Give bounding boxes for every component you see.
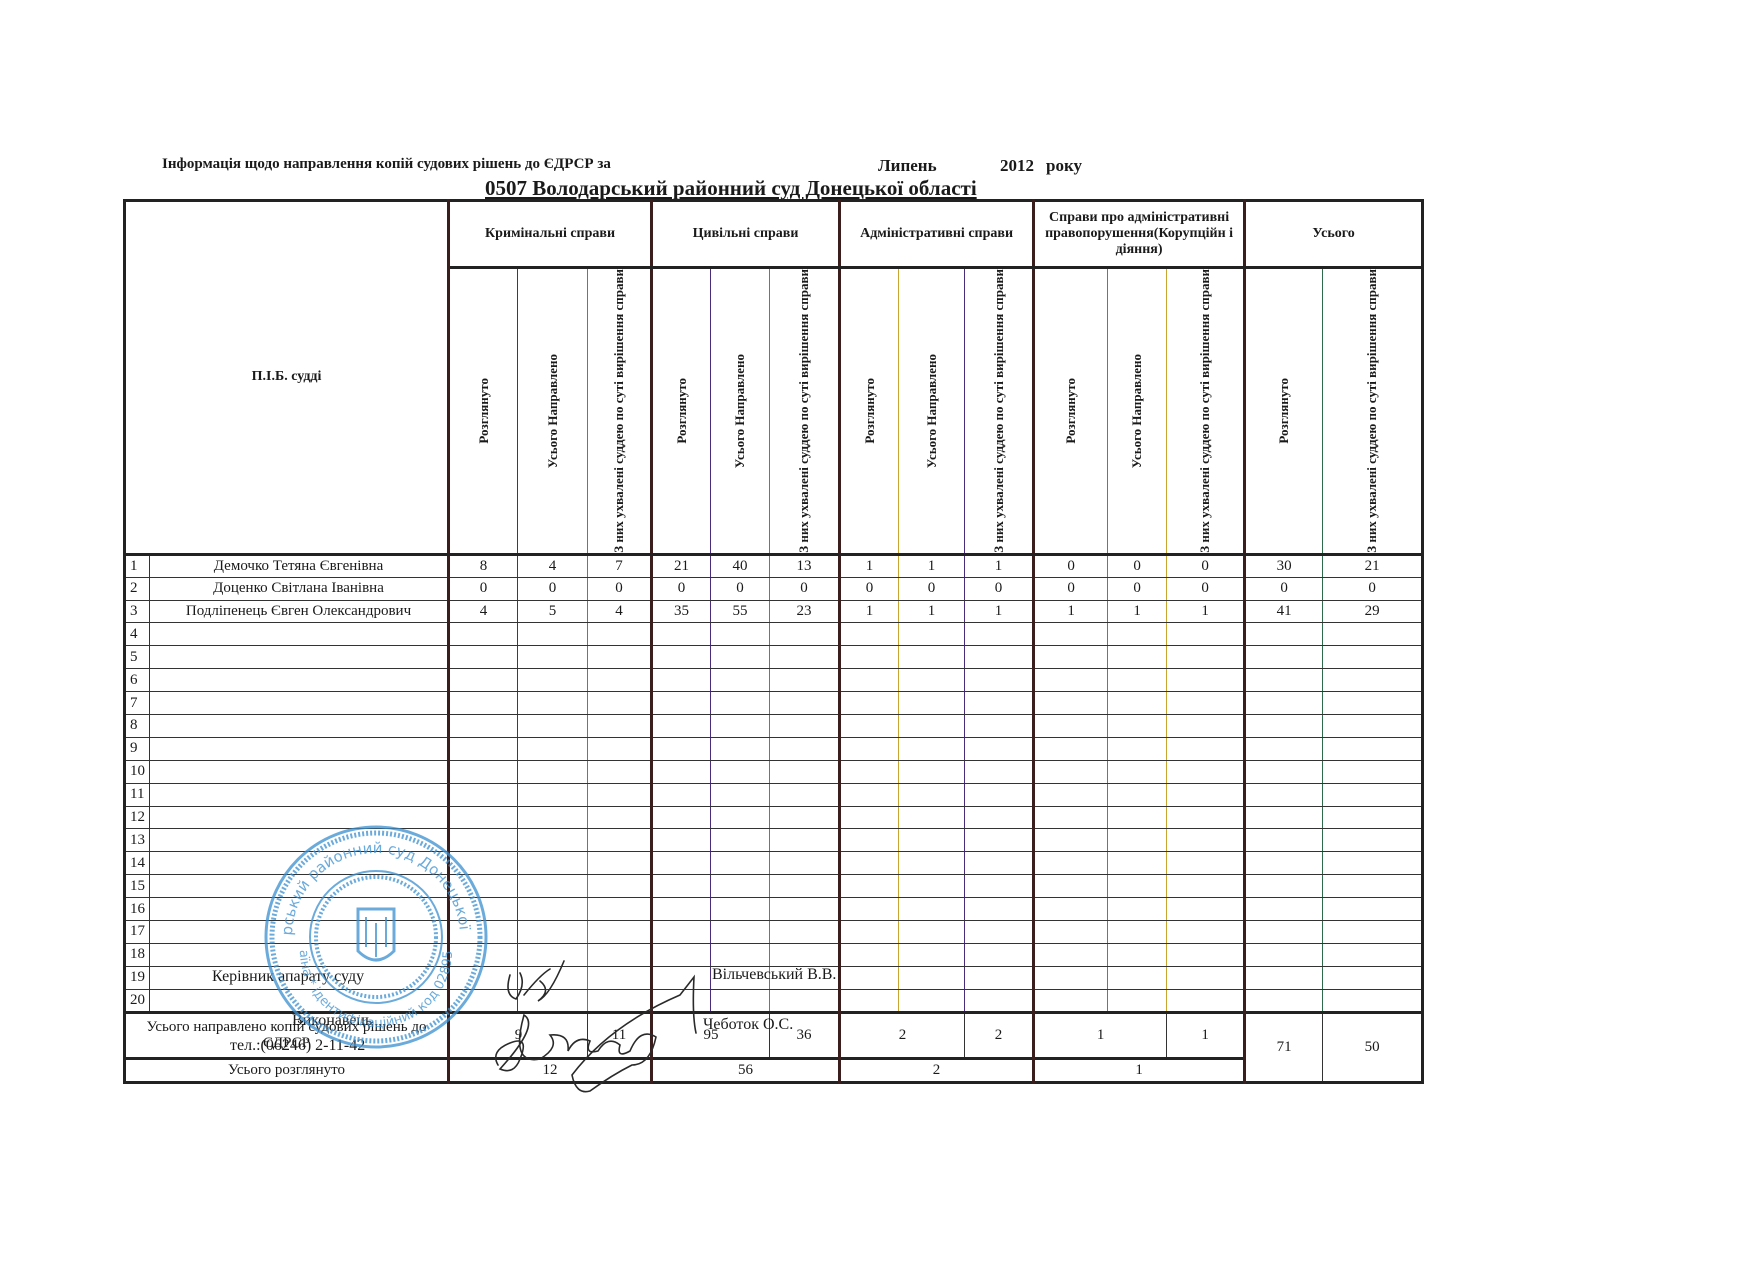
value-cell xyxy=(518,829,588,852)
value-cell xyxy=(588,692,652,715)
value-cell xyxy=(770,898,840,921)
signature-icon xyxy=(480,955,720,1095)
value-cell xyxy=(518,646,588,669)
subheader-label: Розглянуто xyxy=(675,378,689,444)
value-cell xyxy=(1167,760,1245,783)
value-cell xyxy=(1323,852,1423,875)
value-cell xyxy=(1323,829,1423,852)
value-cell xyxy=(1034,714,1108,737)
value-cell xyxy=(840,760,899,783)
value-cell xyxy=(1245,646,1323,669)
value-cell xyxy=(1323,966,1423,989)
judge-name xyxy=(150,783,449,806)
value-cell xyxy=(965,852,1034,875)
value-cell xyxy=(1034,806,1108,829)
group-civil: Цивільні справи xyxy=(652,201,840,268)
row-number: 3 xyxy=(125,600,150,623)
row-number: 9 xyxy=(125,737,150,760)
total-admin-decided: 2 xyxy=(965,1012,1034,1058)
total-reviewed-label: Усього розглянуто xyxy=(125,1058,449,1082)
value-cell xyxy=(1245,966,1323,989)
value-cell xyxy=(518,714,588,737)
value-cell: 8 xyxy=(449,554,518,577)
table-row: 2Доценко Світлана Іванівна00000000000000 xyxy=(125,577,1423,600)
value-cell xyxy=(518,783,588,806)
value-cell xyxy=(1323,875,1423,898)
value-cell xyxy=(652,829,711,852)
value-cell xyxy=(1167,898,1245,921)
value-cell xyxy=(711,714,770,737)
value-cell xyxy=(899,737,965,760)
table-row: 9 xyxy=(125,737,1423,760)
value-cell xyxy=(1167,966,1245,989)
subheader-total-decided-on-merits: З них ухвалені суддею по суті вирішення … xyxy=(1323,268,1423,555)
value-cell: 0 xyxy=(899,577,965,600)
value-cell xyxy=(518,737,588,760)
value-cell xyxy=(840,692,899,715)
table-row: 5 xyxy=(125,646,1423,669)
value-cell xyxy=(770,920,840,943)
value-cell xyxy=(1167,737,1245,760)
subheader-label: Розглянуто xyxy=(863,378,877,444)
value-cell: 0 xyxy=(1034,577,1108,600)
value-cell xyxy=(899,852,965,875)
value-cell xyxy=(1167,943,1245,966)
value-cell: 1 xyxy=(840,600,899,623)
subheader-label: З них ухвалені суддею по суті вирішення … xyxy=(1365,269,1379,553)
value-cell xyxy=(518,875,588,898)
subheader-admin-reviewed: Розглянуто xyxy=(840,268,899,555)
value-cell xyxy=(588,829,652,852)
value-cell xyxy=(652,783,711,806)
value-cell xyxy=(899,829,965,852)
value-cell xyxy=(1108,966,1167,989)
value-cell xyxy=(588,669,652,692)
value-cell xyxy=(711,852,770,875)
row-number: 1 xyxy=(125,554,150,577)
value-cell xyxy=(899,898,965,921)
value-cell xyxy=(770,852,840,875)
group-total: Усього xyxy=(1245,201,1423,268)
subheader-label: Усього Направлено xyxy=(1130,354,1144,468)
value-cell xyxy=(1323,669,1423,692)
value-cell xyxy=(588,646,652,669)
value-cell xyxy=(449,623,518,646)
value-cell xyxy=(1245,920,1323,943)
value-cell xyxy=(1245,898,1323,921)
value-cell xyxy=(1167,623,1245,646)
value-cell xyxy=(1323,920,1423,943)
value-cell xyxy=(518,692,588,715)
subheader-offenses-sent-total: Усього Направлено xyxy=(1108,268,1167,555)
value-cell xyxy=(1034,943,1108,966)
row-number: 2 xyxy=(125,577,150,600)
value-cell xyxy=(652,920,711,943)
value-cell: 0 xyxy=(518,577,588,600)
value-cell xyxy=(449,692,518,715)
value-cell xyxy=(965,806,1034,829)
value-cell xyxy=(449,714,518,737)
value-cell xyxy=(1108,852,1167,875)
value-cell xyxy=(840,806,899,829)
value-cell xyxy=(840,943,899,966)
row-number: 19 xyxy=(125,966,150,989)
value-cell: 1 xyxy=(840,554,899,577)
value-cell xyxy=(770,714,840,737)
subheader-label: З них ухвалені суддею по суті вирішення … xyxy=(612,269,626,553)
value-cell xyxy=(965,943,1034,966)
value-cell xyxy=(1034,989,1108,1012)
value-cell xyxy=(518,898,588,921)
value-cell xyxy=(840,714,899,737)
value-cell xyxy=(770,806,840,829)
group-administrative: Адміністративні справи xyxy=(840,201,1034,268)
value-cell xyxy=(588,875,652,898)
value-cell xyxy=(449,737,518,760)
report-year: 2012 xyxy=(1000,156,1034,176)
value-cell xyxy=(518,623,588,646)
value-cell xyxy=(711,783,770,806)
value-cell xyxy=(840,623,899,646)
value-cell xyxy=(1167,989,1245,1012)
value-cell xyxy=(1323,806,1423,829)
row-number: 18 xyxy=(125,943,150,966)
value-cell xyxy=(1034,966,1108,989)
value-cell: 0 xyxy=(652,577,711,600)
value-cell xyxy=(1323,898,1423,921)
value-cell: 0 xyxy=(1323,577,1423,600)
value-cell xyxy=(588,737,652,760)
value-cell xyxy=(770,760,840,783)
value-cell xyxy=(770,783,840,806)
value-cell: 5 xyxy=(518,600,588,623)
judge-name xyxy=(150,646,449,669)
row-number: 13 xyxy=(125,829,150,852)
value-cell: 1 xyxy=(1034,600,1108,623)
subheader-label: Усього Направлено xyxy=(546,354,560,468)
value-cell: 4 xyxy=(588,600,652,623)
judge-name-header: П.І.Б. судді xyxy=(125,201,449,555)
row-number: 20 xyxy=(125,989,150,1012)
value-cell xyxy=(1034,669,1108,692)
value-cell xyxy=(965,829,1034,852)
value-cell: 0 xyxy=(711,577,770,600)
value-cell xyxy=(652,852,711,875)
value-cell xyxy=(449,669,518,692)
table-row: 4 xyxy=(125,623,1423,646)
table-row: 1Демочко Тетяна Євгенівна847214013111000… xyxy=(125,554,1423,577)
value-cell xyxy=(1108,875,1167,898)
subheader-criminal-decided-on-merits: З них ухвалені суддею по суті вирішення … xyxy=(588,268,652,555)
value-cell xyxy=(770,875,840,898)
value-cell xyxy=(1245,737,1323,760)
value-cell xyxy=(1108,989,1167,1012)
subheader-label: Усього Направлено xyxy=(925,354,939,468)
value-cell xyxy=(711,898,770,921)
value-cell xyxy=(1245,989,1323,1012)
value-cell: 13 xyxy=(770,554,840,577)
value-cell: 7 xyxy=(588,554,652,577)
value-cell: 0 xyxy=(449,577,518,600)
value-cell xyxy=(899,692,965,715)
table-row: 11 xyxy=(125,783,1423,806)
value-cell xyxy=(1167,829,1245,852)
value-cell xyxy=(518,920,588,943)
value-cell xyxy=(899,714,965,737)
value-cell xyxy=(965,898,1034,921)
value-cell xyxy=(711,875,770,898)
value-cell: 21 xyxy=(652,554,711,577)
value-cell xyxy=(1034,920,1108,943)
value-cell xyxy=(1167,806,1245,829)
total-admin-sent: 2 xyxy=(840,1012,965,1058)
value-cell xyxy=(1108,692,1167,715)
report-title: Інформація щодо направлення копій судови… xyxy=(162,156,611,173)
value-cell xyxy=(899,989,965,1012)
value-cell xyxy=(1167,692,1245,715)
value-cell xyxy=(1245,852,1323,875)
reviewed-offenses: 1 xyxy=(1034,1058,1245,1082)
value-cell xyxy=(1108,646,1167,669)
reviewed-admin: 2 xyxy=(840,1058,1034,1082)
value-cell xyxy=(1323,760,1423,783)
subheader-civil-reviewed: Розглянуто xyxy=(652,268,711,555)
value-cell xyxy=(965,966,1034,989)
value-cell xyxy=(1323,943,1423,966)
judge-name xyxy=(150,760,449,783)
value-cell: 4 xyxy=(518,554,588,577)
value-cell: 1 xyxy=(965,554,1034,577)
value-cell xyxy=(1108,806,1167,829)
value-cell xyxy=(1108,783,1167,806)
value-cell xyxy=(1108,829,1167,852)
value-cell xyxy=(965,714,1034,737)
value-cell xyxy=(840,669,899,692)
report-year-suffix: року xyxy=(1046,156,1082,176)
value-cell xyxy=(588,806,652,829)
value-cell xyxy=(840,783,899,806)
judge-name: Подліпенець Євген Олександрович xyxy=(150,600,449,623)
subheader-criminal-reviewed: Розглянуто xyxy=(449,268,518,555)
judge-name xyxy=(150,623,449,646)
subheader-label: Розглянуто xyxy=(1064,378,1078,444)
value-cell xyxy=(899,783,965,806)
subheader-label: Розглянуто xyxy=(477,378,491,444)
value-cell xyxy=(770,692,840,715)
value-cell xyxy=(1167,646,1245,669)
row-number: 5 xyxy=(125,646,150,669)
value-cell: 1 xyxy=(1167,600,1245,623)
value-cell xyxy=(1323,646,1423,669)
table-row: 6 xyxy=(125,669,1423,692)
subheader-civil-sent-total: Усього Направлено xyxy=(711,268,770,555)
subheader-admin-decided-on-merits: З них ухвалені суддею по суті вирішення … xyxy=(965,268,1034,555)
value-cell xyxy=(711,692,770,715)
row-number: 7 xyxy=(125,692,150,715)
report-month: Липень xyxy=(878,156,937,176)
judge-name xyxy=(150,737,449,760)
judge-name: Демочко Тетяна Євгенівна xyxy=(150,554,449,577)
value-cell xyxy=(518,852,588,875)
value-cell xyxy=(1034,898,1108,921)
row-number: 17 xyxy=(125,920,150,943)
value-cell xyxy=(652,760,711,783)
value-cell xyxy=(652,669,711,692)
value-cell xyxy=(1323,737,1423,760)
value-cell xyxy=(518,806,588,829)
value-cell: 55 xyxy=(711,600,770,623)
value-cell xyxy=(965,783,1034,806)
value-cell xyxy=(1167,920,1245,943)
value-cell: 0 xyxy=(1167,577,1245,600)
subheader-civil-decided-on-merits: З них ухвалені суддею по суті вирішення … xyxy=(770,268,840,555)
value-cell xyxy=(840,898,899,921)
value-cell: 40 xyxy=(711,554,770,577)
value-cell xyxy=(1245,875,1323,898)
row-number: 15 xyxy=(125,875,150,898)
value-cell xyxy=(711,806,770,829)
value-cell xyxy=(770,829,840,852)
value-cell xyxy=(965,623,1034,646)
subheader-label: З них ухвалені суддею по суті вирішення … xyxy=(1198,269,1212,553)
value-cell xyxy=(965,737,1034,760)
value-cell xyxy=(1034,623,1108,646)
value-cell xyxy=(1323,692,1423,715)
value-cell: 1 xyxy=(899,600,965,623)
value-cell xyxy=(518,760,588,783)
value-cell xyxy=(652,692,711,715)
value-cell xyxy=(1108,669,1167,692)
table-row: 3Подліпенець Євген Олександрович45435552… xyxy=(125,600,1423,623)
value-cell xyxy=(1034,852,1108,875)
total-all-decided: 50 xyxy=(1323,1012,1423,1082)
value-cell xyxy=(588,623,652,646)
subheader-admin-sent-total: Усього Направлено xyxy=(899,268,965,555)
value-cell xyxy=(965,760,1034,783)
value-cell xyxy=(1167,783,1245,806)
value-cell xyxy=(1245,943,1323,966)
value-cell xyxy=(1245,692,1323,715)
subheader-label: Розглянуто xyxy=(1277,378,1291,444)
subheader-label: Усього Направлено xyxy=(733,354,747,468)
value-cell xyxy=(1034,737,1108,760)
value-cell xyxy=(711,737,770,760)
value-cell: 0 xyxy=(1167,554,1245,577)
value-cell xyxy=(711,920,770,943)
value-cell xyxy=(1108,714,1167,737)
group-criminal: Кримінальні справи xyxy=(449,201,652,268)
value-cell xyxy=(1167,714,1245,737)
value-cell: 1 xyxy=(899,554,965,577)
row-number: 16 xyxy=(125,898,150,921)
group-offenses: Справи про адміністративні правопорушенн… xyxy=(1034,201,1245,268)
subheader-label: З них ухвалені суддею по суті вирішення … xyxy=(992,269,1006,553)
value-cell: 0 xyxy=(1108,577,1167,600)
table-row: 10 xyxy=(125,760,1423,783)
court-name: 0507 Володарський районний суд Донецької… xyxy=(485,176,977,201)
value-cell xyxy=(899,943,965,966)
value-cell xyxy=(588,783,652,806)
value-cell xyxy=(899,875,965,898)
value-cell: 0 xyxy=(770,577,840,600)
judge-name xyxy=(150,692,449,715)
judge-name: Доценко Світлана Іванівна xyxy=(150,577,449,600)
value-cell: 4 xyxy=(449,600,518,623)
value-cell xyxy=(965,692,1034,715)
value-cell xyxy=(711,646,770,669)
value-cell: 0 xyxy=(1108,554,1167,577)
value-cell xyxy=(1245,760,1323,783)
value-cell xyxy=(652,806,711,829)
value-cell: 0 xyxy=(588,577,652,600)
value-cell xyxy=(1034,875,1108,898)
row-number: 6 xyxy=(125,669,150,692)
value-cell xyxy=(1108,920,1167,943)
total-reviewed-row: Усього розглянуто125621 xyxy=(125,1058,1423,1082)
value-cell: 35 xyxy=(652,600,711,623)
value-cell xyxy=(1323,989,1423,1012)
row-number: 4 xyxy=(125,623,150,646)
value-cell xyxy=(588,852,652,875)
value-cell xyxy=(1108,760,1167,783)
value-cell xyxy=(840,875,899,898)
value-cell xyxy=(840,829,899,852)
value-cell xyxy=(1034,692,1108,715)
value-cell xyxy=(899,760,965,783)
value-cell: 0 xyxy=(1034,554,1108,577)
value-cell xyxy=(1323,623,1423,646)
row-number: 10 xyxy=(125,760,150,783)
value-cell xyxy=(588,714,652,737)
value-cell xyxy=(770,943,840,966)
value-cell xyxy=(711,829,770,852)
total-offenses-decided: 1 xyxy=(1167,1012,1245,1058)
value-cell xyxy=(840,920,899,943)
value-cell xyxy=(840,989,899,1012)
value-cell xyxy=(518,669,588,692)
subheader-total-reviewed: Розглянуто xyxy=(1245,268,1323,555)
value-cell xyxy=(1034,760,1108,783)
value-cell xyxy=(1245,623,1323,646)
value-cell xyxy=(840,646,899,669)
value-cell xyxy=(1167,875,1245,898)
subheader-criminal-sent-total: Усього Направлено xyxy=(518,268,588,555)
value-cell xyxy=(899,669,965,692)
value-cell xyxy=(711,623,770,646)
value-cell xyxy=(652,714,711,737)
value-cell xyxy=(840,852,899,875)
value-cell xyxy=(965,646,1034,669)
value-cell xyxy=(1034,646,1108,669)
value-cell xyxy=(711,760,770,783)
value-cell xyxy=(652,646,711,669)
value-cell xyxy=(770,669,840,692)
judge-name xyxy=(150,669,449,692)
subheader-label: З них ухвалені суддею по суті вирішення … xyxy=(797,269,811,553)
value-cell xyxy=(588,920,652,943)
value-cell xyxy=(1167,669,1245,692)
value-cell xyxy=(588,760,652,783)
value-cell: 0 xyxy=(965,577,1034,600)
value-cell: 0 xyxy=(1245,577,1323,600)
value-cell xyxy=(965,989,1034,1012)
total-all-reviewed: 71 xyxy=(1245,1012,1323,1082)
value-cell: 21 xyxy=(1323,554,1423,577)
value-cell xyxy=(652,623,711,646)
value-cell xyxy=(965,875,1034,898)
value-cell xyxy=(652,737,711,760)
value-cell xyxy=(1034,829,1108,852)
